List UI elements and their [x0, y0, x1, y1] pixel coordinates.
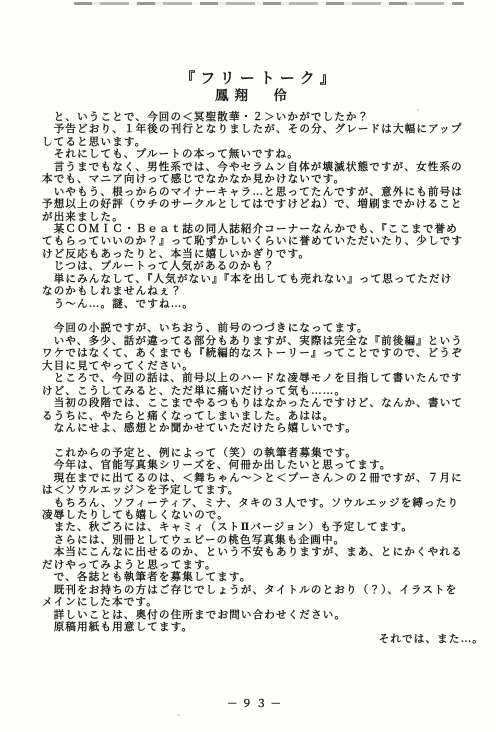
text-line: と、いうことで、今回の＜冥聖散華・２＞いかがでしたか？ — [42, 112, 472, 124]
text-line: ところで、今回の話は、前号以上のハードな凌辱モノを目指して書いたんです — [42, 373, 472, 385]
text-line: 予告どおり、１年後の刊行となりましたが、その分、グレードは大幅にアップ — [42, 124, 472, 136]
text-line: 本でも、マニア向けって感じでなかなか見かけないです。 — [42, 174, 472, 186]
text-line: なのかもしれませんねぇ？ — [42, 286, 472, 298]
text-line: けど反応もあったりと、本当に嬉しいかぎりです。 — [42, 249, 472, 261]
text-line: で、各誌とも執筆者を募集してます。 — [42, 572, 472, 584]
text-line: だけやってみようと思ってます。 — [42, 560, 472, 572]
text-line: てもらっていいのか？』って恥ずかしいくらいに誉めていただいたり、少しです — [42, 236, 472, 248]
text-line: いやもう、根っからのマイナーキャラ…と思ってたんですが、意外にも前号は — [42, 187, 472, 199]
text-line: 大目に見てやってください。 — [42, 361, 472, 373]
text-line: 本当にこんなに出せるのか、という不安もありますが、まあ、とにかくやれる — [42, 547, 472, 559]
text-line: メインにした本です。 — [42, 597, 472, 609]
closing-line: それでは、また…。 — [42, 634, 484, 646]
text-line: さらには、別冊としてウェビーの桃色写真集も企画中。 — [42, 535, 472, 547]
text-line: 今年は、官能写真集シリーズを、何冊か出したいと思ってます。 — [42, 460, 472, 472]
text-line — [42, 311, 472, 323]
scan-artifact-line — [74, 2, 464, 5]
text-line: が出来ました。 — [42, 212, 472, 224]
author-name: 鳳翔 伶 — [6, 84, 496, 104]
text-line: なんにせよ、感想とか聞かせていただけたら嬉しいです。 — [42, 423, 472, 435]
text-line: 原稿用紙も用意してます。 — [42, 622, 472, 634]
text-line: ワケではなくて、あくまでも『続編的なストーリー』ってことですので、どうぞ — [42, 348, 472, 360]
text-line: 当初の段階では、ここまでやるつもりはなかったんですけど、なんか、書いて — [42, 398, 472, 410]
text-line: してると思います。 — [42, 137, 472, 149]
text-line: 言うまでもなく、男性系では、今やセラムン自体が壊滅状態ですが、女性系の — [42, 162, 472, 174]
text-line: るうちに、やたらと痛くなってしまいました。あはは。 — [42, 411, 472, 423]
text-line: 現在までに出てるのは、＜舞ちゃん～＞と＜プーさん＞の２冊ですが、７月に — [42, 473, 472, 485]
text-line: けど、こうしてみると、ただ単に痛いだけって気も……。 — [42, 386, 472, 398]
text-line: は＜ソウルエッジ＞を予定してます。 — [42, 485, 472, 497]
text-line: いや、多少、話が違ってる部分もありますが、実際は完全な『前後編』という — [42, 336, 472, 348]
scan-artifact-speck — [177, 714, 180, 716]
text-line: 詳しいことは、奥付の住所までお問い合わせください。 — [42, 610, 472, 622]
text-line: う～ん…。謎、ですね…。 — [42, 299, 472, 311]
text-line: また、秋ごろには、キャミィ（ストⅡバージョン）も予定してます。 — [42, 522, 472, 534]
text-line: もちろん、ソフィーティア、ミナ、タキの３人です。ソウルエッジを縛ったり — [42, 498, 472, 510]
text-line: じつは、プルートって人気があるのかも？ — [42, 261, 472, 273]
scan-artifact-speck — [417, 109, 419, 111]
text-line: 既刊をお持ちの方はご存じでしょうが、タイトルのとおり（？）、イラストを — [42, 585, 472, 597]
text-line: 某ＣＯＭＩＣ・Ｂｅａｔ誌の同人誌紹介コーナーなんかでも、『ここまで誉め — [42, 224, 472, 236]
text-line — [42, 435, 472, 447]
text-line: 今回の小説ですが、いちおう、前号のつづきになってます。 — [42, 323, 472, 335]
text-line: これからの予定と、例によって（笑）の執筆者募集です。 — [42, 448, 472, 460]
page-number: －９３－ — [8, 696, 496, 711]
text-line: それにしても、プルートの本って無いですね。 — [42, 149, 472, 161]
text-line: 予想以上の好評（ウチのサークルとしてはですけどね）で、増刷までかけること — [42, 199, 472, 211]
body-text: と、いうことで、今回の＜冥聖散華・２＞いかがでしたか？ 予告どおり、１年後の刊行… — [42, 112, 472, 647]
text-line: 単にみんなして、『人気がない』『本を出しても売れない』って思ってただけ — [42, 274, 472, 286]
body-lines: と、いうことで、今回の＜冥聖散華・２＞いかがでしたか？ 予告どおり、１年後の刊行… — [42, 112, 472, 634]
text-line: 凌辱したりしても嬉しくないので。 — [42, 510, 472, 522]
document-page: 『フリートーク』 鳳翔 伶 と、いうことで、今回の＜冥聖散華・２＞いかがでしたか… — [0, 0, 496, 732]
